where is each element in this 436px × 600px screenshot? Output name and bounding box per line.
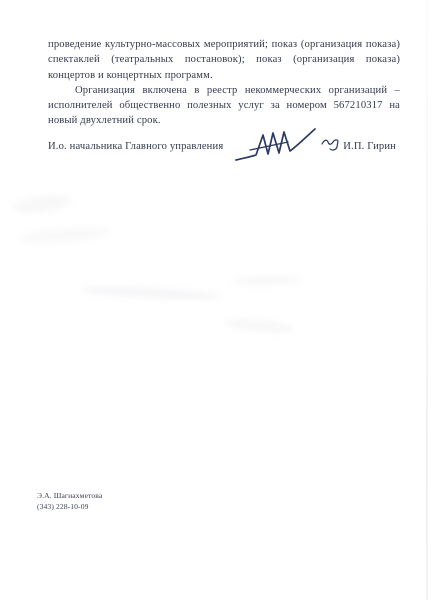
executor-name: Э.А. Шагиахметова <box>37 490 102 501</box>
text-line: исполнителей общественно полезных услуг … <box>48 98 400 113</box>
executor-phone: (343) 228-10-09 <box>37 501 102 512</box>
signer-name: И.П. Гирин <box>343 141 396 152</box>
text-line: проведение культурно-массовых мероприяти… <box>48 37 400 52</box>
paragraph-registry: Организация включена в реестр некоммерче… <box>48 83 400 129</box>
text-line: концертов и концертных программ. <box>48 68 400 83</box>
letter-body: проведение культурно-массовых мероприяти… <box>48 37 400 129</box>
scanned-letter-page: проведение культурно-массовых мероприяти… <box>0 0 436 600</box>
executor-footer: Э.А. Шагиахметова (343) 228-10-09 <box>37 490 102 512</box>
paragraph-activities: проведение культурно-массовых мероприяти… <box>48 37 400 83</box>
bleed-through-smudge <box>225 316 296 335</box>
bleed-through-smudge <box>80 284 220 301</box>
bleed-through-smudge <box>232 275 302 286</box>
signature-block: И.о. начальника Главного управления И.П.… <box>48 128 400 172</box>
handwritten-signature-icon <box>234 124 354 168</box>
bleed-through-smudge <box>20 224 111 246</box>
bleed-through-smudge <box>11 192 73 216</box>
text-line: спектаклей (театральных постановок); пок… <box>48 52 400 67</box>
text-line: Организация включена в реестр некоммерче… <box>48 83 400 98</box>
scan-edge-line <box>426 0 428 600</box>
signer-position: И.о. начальника Главного управления <box>48 141 223 152</box>
